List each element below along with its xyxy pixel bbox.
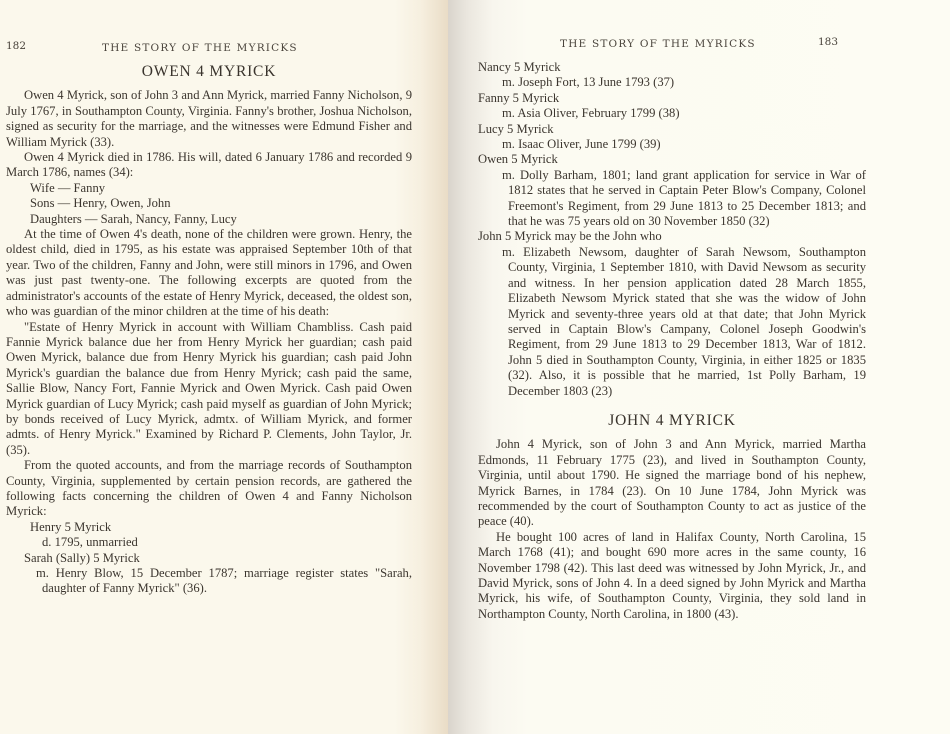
child-name: Nancy 5 Myrick (478, 60, 866, 75)
child-detail: m. Asia Oliver, February 1799 (38) (478, 106, 866, 121)
child-name: Owen 5 Myrick (478, 152, 866, 167)
right-page-body: Nancy 5 Myrick m. Joseph Fort, 13 June 1… (478, 60, 866, 622)
quoted-paragraph: "Estate of Henry Myrick in account with … (6, 320, 412, 459)
child-name: John 5 Myrick may be the John who (478, 229, 866, 244)
child-entry: Nancy 5 Myrick m. Joseph Fort, 13 June 1… (478, 60, 866, 91)
right-page: THE STORY OF THE MYRICKS 183 Nancy 5 Myr… (448, 0, 950, 734)
list-item: Daughters — Sarah, Nancy, Fanny, Lucy (6, 212, 412, 227)
child-entry: Lucy 5 Myrick m. Isaac Oliver, June 1799… (478, 122, 866, 153)
book-spread: 182 THE STORY OF THE MYRICKS OWEN 4 MYRI… (0, 0, 950, 734)
section-title: OWEN 4 MYRICK (6, 64, 412, 79)
child-name: Henry 5 Myrick (6, 520, 412, 535)
child-detail: m. Elizabeth Newsom, daughter of Sarah N… (478, 245, 866, 399)
running-head: THE STORY OF THE MYRICKS (102, 42, 298, 54)
child-detail: d. 1795, unmarried (6, 535, 412, 550)
running-head: THE STORY OF THE MYRICKS (560, 38, 756, 50)
list-item: Sons — Henry, Owen, John (6, 196, 412, 211)
child-name: Lucy 5 Myrick (478, 122, 866, 137)
child-name: Fanny 5 Myrick (478, 91, 866, 106)
child-name: Sarah (Sally) 5 Myrick (6, 551, 412, 566)
child-entry: Owen 5 Myrick m. Dolly Barham, 1801; lan… (478, 152, 866, 229)
child-detail: m. Isaac Oliver, June 1799 (39) (478, 137, 866, 152)
child-detail: m. Dolly Barham, 1801; land grant applic… (478, 168, 866, 230)
section-title: JOHN 4 MYRICK (478, 413, 866, 428)
paragraph: Owen 4 Myrick, son of John 3 and Ann Myr… (6, 88, 412, 150)
list-item: Wife — Fanny (6, 181, 412, 196)
child-entry: John 5 Myrick may be the John who m. Eli… (478, 229, 866, 398)
child-entry: Fanny 5 Myrick m. Asia Oliver, February … (478, 91, 866, 122)
paragraph: He bought 100 acres of land in Halifax C… (478, 530, 866, 622)
child-entry: Sarah (Sally) 5 Myrick m. Henry Blow, 15… (6, 551, 412, 597)
paragraph: Owen 4 Myrick died in 1786. His will, da… (6, 150, 412, 181)
page-number: 182 (6, 40, 26, 52)
will-list: Wife — Fanny Sons — Henry, Owen, John Da… (6, 181, 412, 227)
paragraph: John 4 Myrick, son of John 3 and Ann Myr… (478, 437, 866, 529)
child-detail: m. Joseph Fort, 13 June 1793 (37) (478, 75, 866, 90)
paragraph: At the time of Owen 4's death, none of t… (6, 227, 412, 319)
child-detail: m. Henry Blow, 15 December 1787; marriag… (6, 566, 412, 597)
left-page-body: OWEN 4 MYRICK Owen 4 Myrick, son of John… (6, 64, 412, 597)
left-page: 182 THE STORY OF THE MYRICKS OWEN 4 MYRI… (0, 0, 448, 734)
paragraph: From the quoted accounts, and from the m… (6, 458, 412, 520)
page-number: 183 (818, 36, 838, 48)
child-entry: Henry 5 Myrick d. 1795, unmarried (6, 520, 412, 551)
